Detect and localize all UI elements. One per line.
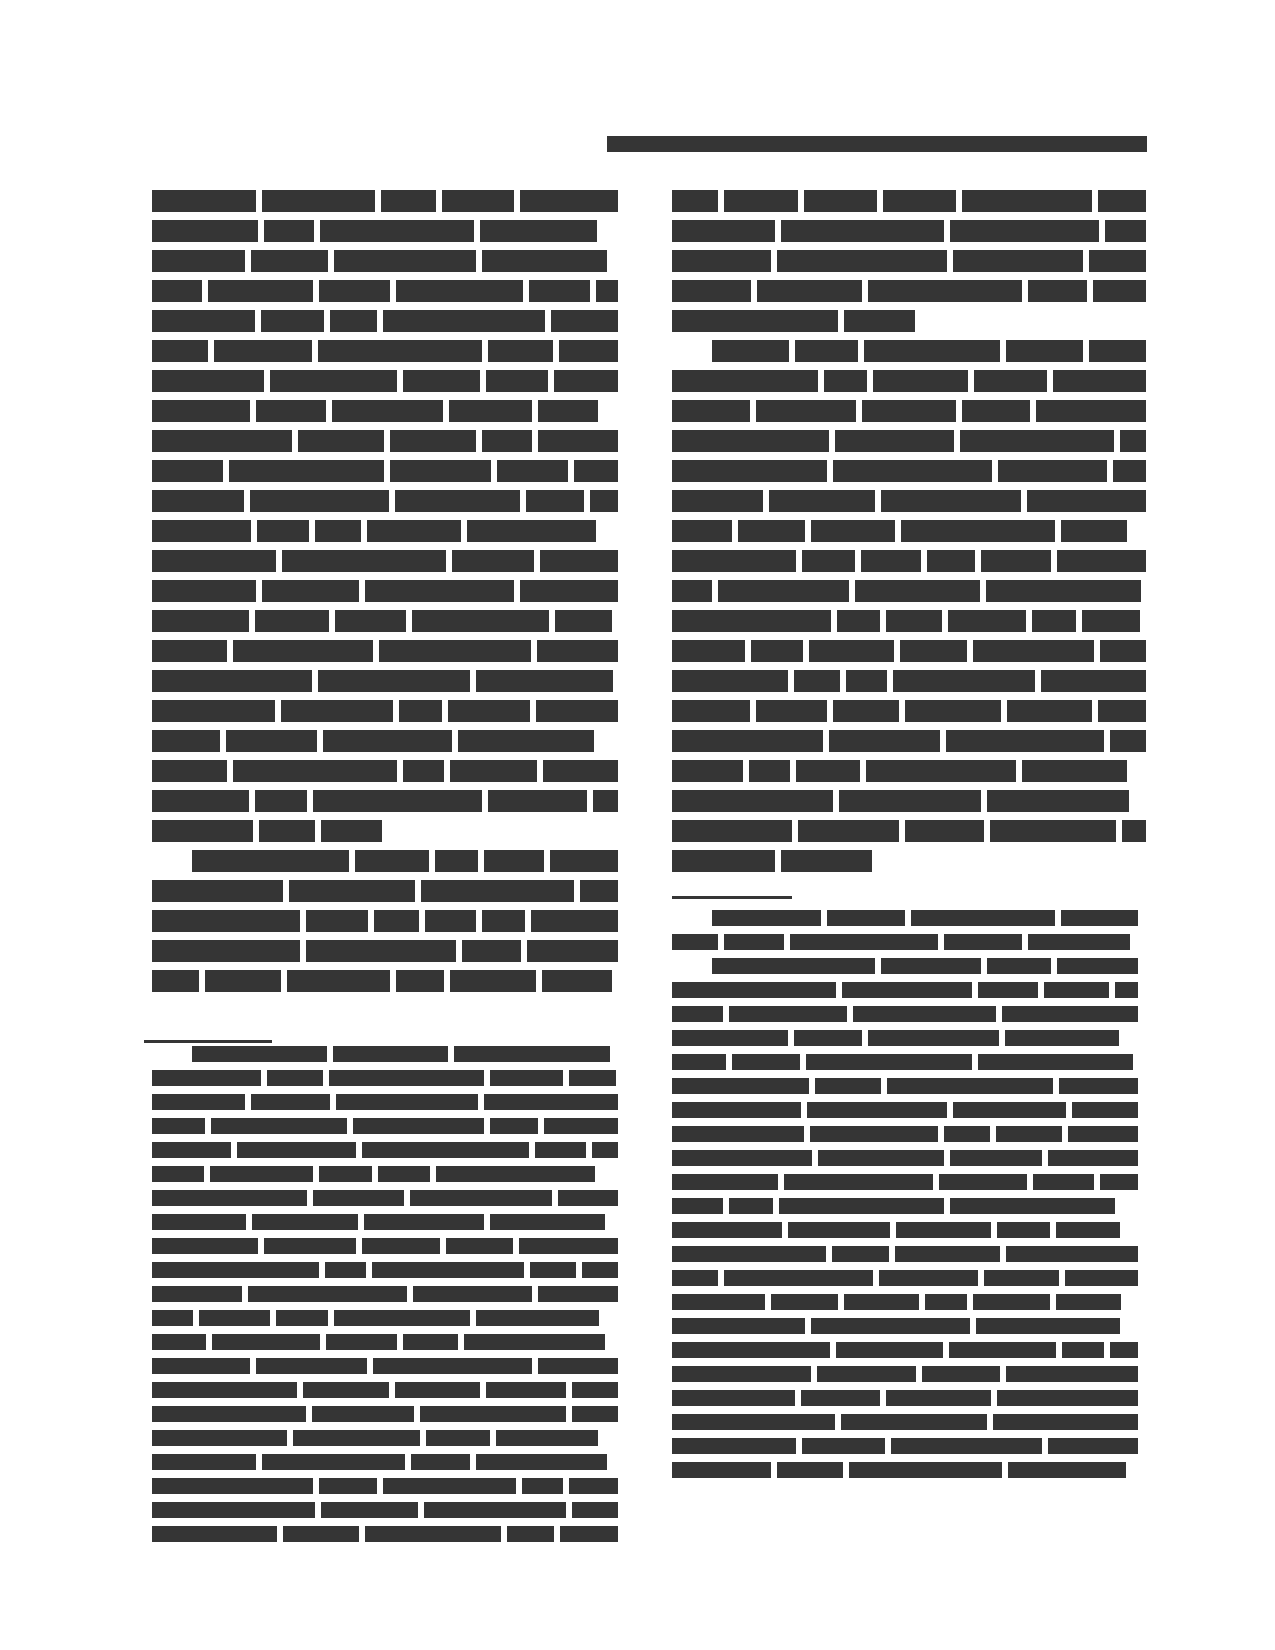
redacted-word-block [282,550,446,572]
redacted-word-block [672,280,751,302]
redacted-word-block [256,400,326,422]
redacted-word-block [862,400,956,422]
redacted-word-block [152,280,202,302]
redacted-word-block [152,1334,206,1350]
redacted-word-block [925,1294,967,1310]
redacted-word-block [1110,730,1146,752]
redacted-word-block [987,958,1051,974]
redacted-word-block [152,1502,315,1518]
redacted-word-block [421,880,574,902]
redacted-word-block [411,1454,470,1470]
redacted-word-block [312,1406,414,1422]
redacted-word-block [672,1102,801,1118]
redacted-line [152,1166,626,1182]
redacted-word-block [590,490,618,512]
redacted-word-block [484,1094,618,1110]
left-column-footnotes-redacted [152,1046,626,1550]
redacted-word-block [318,340,482,362]
redacted-word-block [490,1070,563,1086]
redacted-word-block [520,580,618,602]
redacted-word-block [306,940,456,962]
redacted-line [672,1390,1146,1406]
redacted-word-block [842,982,972,998]
redacted-word-block [425,910,476,932]
redacted-word-block [395,1382,480,1398]
redacted-word-block [476,670,613,692]
redacted-word-block [784,1174,933,1190]
redacted-word-block [531,910,618,932]
redacted-line [672,1270,1146,1286]
redacted-word-block [544,1118,618,1134]
redacted-word-block [264,1238,356,1254]
redacted-word-block [724,934,784,950]
redacted-word-block [1105,220,1146,242]
redacted-word-block [672,580,712,602]
redacted-word-block [807,1102,947,1118]
redacted-line [672,1438,1146,1454]
redacted-word-block [1057,550,1146,572]
redacted-word-block [554,370,618,392]
redacted-word-block [329,1070,484,1086]
redacted-line [152,940,626,962]
redacted-word-block [1027,490,1146,512]
redacted-word-block [550,850,618,872]
redacted-word-block [403,370,480,392]
redacted-word-block [332,400,443,422]
redacted-word-block [450,970,536,992]
redacted-word-block [289,880,415,902]
redacted-word-block [365,1526,501,1542]
redacted-line [152,460,626,482]
redacted-word-block [373,1358,532,1374]
redacted-word-block [152,730,220,752]
redacted-word-block [152,520,251,542]
redacted-word-block [1006,1246,1138,1262]
redacted-word-block [855,580,980,602]
redacted-word-block [990,820,1116,842]
redacted-word-block [1033,1174,1094,1190]
redacted-word-block [152,700,275,722]
redacted-word-block [574,460,618,482]
redacted-line [672,220,1152,242]
redacted-word-block [672,640,745,662]
redacted-word-block [426,1430,490,1446]
redacted-line [152,730,626,752]
redacted-word-block [802,1438,885,1454]
redacted-word-block [530,1262,576,1278]
redacted-word-block [378,1166,430,1182]
redacted-word-block [152,1094,245,1110]
redacted-word-block [152,1166,204,1182]
redacted-word-block [672,1222,782,1238]
redacted-word-block [152,460,223,482]
redacted-word-block [152,970,199,992]
redacted-line [152,430,626,452]
redacted-word-block [883,190,956,212]
redacted-word-block [542,970,612,992]
redacted-word-block [390,460,491,482]
redacted-word-block [771,1294,838,1310]
redacted-word-block [997,1222,1050,1238]
redacted-word-block [372,1262,524,1278]
redacted-word-block [355,850,429,872]
redacted-line [672,550,1152,572]
redacted-word-block [1008,1462,1126,1478]
redacted-line [152,1334,626,1350]
redacted-word-block [482,250,607,272]
redacted-word-block [829,730,940,752]
redacted-word-block [1041,670,1146,692]
redacted-word-block [868,1030,999,1046]
redacted-line [152,1070,626,1086]
redacted-line [152,310,626,332]
redacted-word-block [319,280,390,302]
left-footnote-separator [144,1040,272,1043]
redacted-word-block [152,1526,277,1542]
redacted-word-block [1089,340,1146,362]
redacted-word-block [543,760,618,782]
redacted-word-block [751,640,803,662]
redacted-word-block [946,730,1104,752]
redacted-word-block [226,730,317,752]
redacted-word-block [777,1462,843,1478]
redacted-word-block [593,790,618,812]
redacted-word-block [152,190,256,212]
redacted-word-block [804,190,877,212]
redacted-word-block [449,400,532,422]
redacted-word-block [1100,640,1146,662]
redacted-word-block [212,1334,320,1350]
redacted-word-block [555,610,612,632]
redacted-word-block [476,1454,607,1470]
redacted-word-block [334,250,476,272]
redacted-line [152,760,626,782]
redacted-word-block [192,850,349,872]
redacted-word-block [810,1126,938,1142]
redacted-line [152,1454,626,1470]
right-column-body-redacted [672,190,1152,880]
redacted-word-block [152,550,276,572]
redacted-word-block [824,370,867,392]
redacted-word-block [777,250,947,272]
redacted-word-block [887,1078,1053,1094]
redacted-word-block [672,1246,826,1262]
right-footnote-separator [672,896,792,899]
redacted-word-block [496,1430,598,1446]
redacted-word-block [738,520,805,542]
redacted-word-block [672,850,775,872]
redacted-word-block [841,1414,987,1430]
redacted-word-block [522,1478,563,1494]
redacted-word-block [334,1310,470,1326]
redacted-word-block [672,610,831,632]
redacted-word-block [891,1438,1042,1454]
redacted-word-block [214,340,312,362]
redacted-word-block [1115,982,1138,998]
redacted-word-block [315,520,361,542]
redacted-word-block [476,1310,599,1326]
redacted-word-block [560,1526,618,1542]
redacted-line [672,1102,1146,1118]
redacted-word-block [672,1078,809,1094]
redacted-word-block [152,310,255,332]
redacted-line [152,190,626,212]
redacted-line [672,850,1152,872]
redacted-word-block [781,220,944,242]
redacted-word-block [849,1462,1002,1478]
redacted-word-block [672,1462,771,1478]
redacted-word-block [1028,934,1130,950]
redacted-word-block [672,700,750,722]
redacted-word-block [540,550,618,572]
redacted-word-block [152,1310,193,1326]
redacted-word-block [978,982,1038,998]
redacted-word-block [448,700,530,722]
redacted-word-block [672,1366,811,1382]
redacted-word-block [264,220,314,242]
redacted-line [672,1462,1146,1478]
redacted-line [152,1094,626,1110]
redacted-line [672,1030,1146,1046]
redacted-word-block [833,460,992,482]
redacted-word-block [436,1166,595,1182]
redacted-word-block [949,1342,1056,1358]
redacted-word-block [390,430,476,452]
redacted-word-block [672,1006,723,1022]
redacted-word-block [572,1502,618,1518]
redacted-word-block [529,280,590,302]
redacted-word-block [383,310,545,332]
redacted-word-block [233,640,373,662]
redacted-word-block [152,760,227,782]
redacted-word-block [729,1198,773,1214]
redacted-word-block [712,958,875,974]
redacted-word-block [319,1166,372,1182]
redacted-word-block [362,1238,440,1254]
redacted-line [672,934,1146,950]
redacted-word-block [998,460,1107,482]
right-column-footnotes-redacted [672,910,1146,1486]
redacted-word-block [353,1118,484,1134]
redacted-word-block [672,1126,804,1142]
redacted-line [152,1406,626,1422]
redacted-word-block [672,310,838,332]
redacted-word-block [250,490,389,512]
redacted-line [672,1006,1146,1022]
redacted-line [152,370,626,392]
redacted-word-block [152,430,292,452]
redacted-word-block [538,430,618,452]
redacted-line [152,1310,626,1326]
redacted-word-block [152,1286,242,1302]
redacted-word-block [1048,1438,1138,1454]
redacted-line [152,790,626,812]
redacted-word-block [464,1334,605,1350]
redacted-line [152,820,626,842]
redacted-word-block [879,1270,978,1286]
redacted-line [672,958,1146,974]
redacted-line [152,1046,626,1062]
redacted-word-block [718,580,849,602]
redacted-word-block [1061,910,1138,926]
redacted-word-block [788,1222,890,1238]
redacted-word-block [199,1310,270,1326]
redacted-word-block [901,520,1055,542]
redacted-word-block [944,1126,990,1142]
redacted-word-block [672,982,836,998]
redacted-word-block [490,1118,538,1134]
redacted-word-block [210,1166,313,1182]
redacted-word-block [809,640,894,662]
redacted-word-block [672,430,829,452]
redacted-word-block [672,1198,723,1214]
redacted-word-block [152,250,245,272]
redacted-word-block [749,760,790,782]
redacted-word-block [832,1246,889,1262]
redacted-word-block [672,730,823,752]
redacted-line [152,1502,626,1518]
redacted-word-block [1006,340,1083,362]
redacted-line [672,1366,1146,1382]
redacted-word-block [580,880,618,902]
redacted-word-block [756,700,827,722]
redacted-word-block [152,1382,297,1398]
redacted-word-block [526,490,584,512]
redacted-word-block [486,370,548,392]
redacted-word-block [794,670,840,692]
redacted-word-block [790,934,938,950]
redacted-word-block [950,1198,1115,1214]
redacted-word-block [1057,958,1138,974]
redacted-word-block [981,550,1051,572]
redacted-word-block [596,280,618,302]
redacted-word-block [152,1142,231,1158]
redacted-word-block [413,1286,532,1302]
redacted-word-block [152,1430,287,1446]
redacted-line [152,550,626,572]
redacted-line [152,1238,626,1254]
redacted-word-block [960,430,1114,452]
redacted-word-block [152,1238,258,1254]
redacted-word-block [1044,982,1109,998]
redacted-word-block [395,490,520,512]
redacted-word-block [482,430,532,452]
redacted-word-block [424,1502,566,1518]
redacted-word-block [486,1382,566,1398]
redacted-line [152,1142,626,1158]
redacted-word-block [410,1190,552,1206]
redacted-word-block [152,880,283,902]
redacted-word-block [672,1150,812,1166]
redacted-word-block [1056,1294,1121,1310]
redacted-word-block [794,1030,862,1046]
redacted-word-block [1110,1342,1138,1358]
redacted-word-block [993,1414,1138,1430]
redacted-word-block [255,790,307,812]
redacted-line [672,190,1152,212]
redacted-word-block [435,850,478,872]
redacted-word-block [252,1214,358,1230]
redacted-word-block [1006,1366,1138,1382]
redacted-line [152,280,626,302]
redacted-line [672,1294,1146,1310]
redacted-word-block [881,958,981,974]
redacted-line [152,880,626,902]
redacted-word-block [396,970,444,992]
redacted-word-block [283,1526,359,1542]
redacted-word-block [551,310,618,332]
redacted-line [152,1118,626,1134]
redacted-word-block [208,280,313,302]
redacted-word-block [732,1054,800,1070]
redacted-word-block [844,310,915,332]
redacted-word-block [293,1430,420,1446]
redacted-word-block [1120,430,1146,452]
redacted-word-block [152,1454,256,1470]
redacted-word-block [1028,280,1087,302]
redacted-word-block [335,610,406,632]
redacted-word-block [592,1142,618,1158]
redacted-word-block [497,460,568,482]
redacted-word-block [1059,1078,1138,1094]
redacted-word-block [672,490,763,512]
redacted-line [672,310,1152,332]
redacted-word-block [801,1390,880,1406]
redacted-word-block [815,1078,881,1094]
redacted-word-block [1032,610,1076,632]
redacted-word-block [781,850,872,872]
redacted-word-block [866,760,1016,782]
redacted-word-block [535,1142,586,1158]
redacted-word-block [248,1286,407,1302]
redacted-word-block [333,1046,448,1062]
redacted-word-block [323,730,452,752]
redacted-line [672,790,1152,812]
redacted-word-block [950,1150,1042,1166]
redacted-line [672,910,1146,926]
redacted-word-block [270,370,397,392]
redacted-word-block [527,940,618,962]
redacted-word-block [326,1334,397,1350]
redacted-word-block [152,610,249,632]
redacted-word-block [950,220,1099,242]
redacted-word-block [1048,1150,1138,1166]
redacted-word-block [318,670,470,692]
redacted-word-block [864,340,1000,362]
redacted-word-block [205,970,281,992]
redacted-word-block [729,1006,847,1022]
redacted-word-block [507,1526,554,1542]
redacted-word-block [779,1198,944,1214]
redacted-word-block [672,400,750,422]
redacted-word-block [572,1406,618,1422]
redacted-line [672,1078,1146,1094]
redacted-word-block [974,370,1047,392]
redacted-word-block [229,460,384,482]
redacted-word-block [756,400,856,422]
redacted-line [152,1430,626,1446]
redacted-word-block [467,520,596,542]
redacted-line [152,1526,626,1542]
redacted-word-block [558,1190,618,1206]
redacted-word-block [251,1094,330,1110]
redacted-word-block [672,790,833,812]
redacted-line [672,1246,1146,1262]
redacted-word-block [362,1142,529,1158]
redacted-word-block [152,580,256,602]
redacted-word-block [1036,400,1146,422]
redacted-word-block [905,700,1001,722]
